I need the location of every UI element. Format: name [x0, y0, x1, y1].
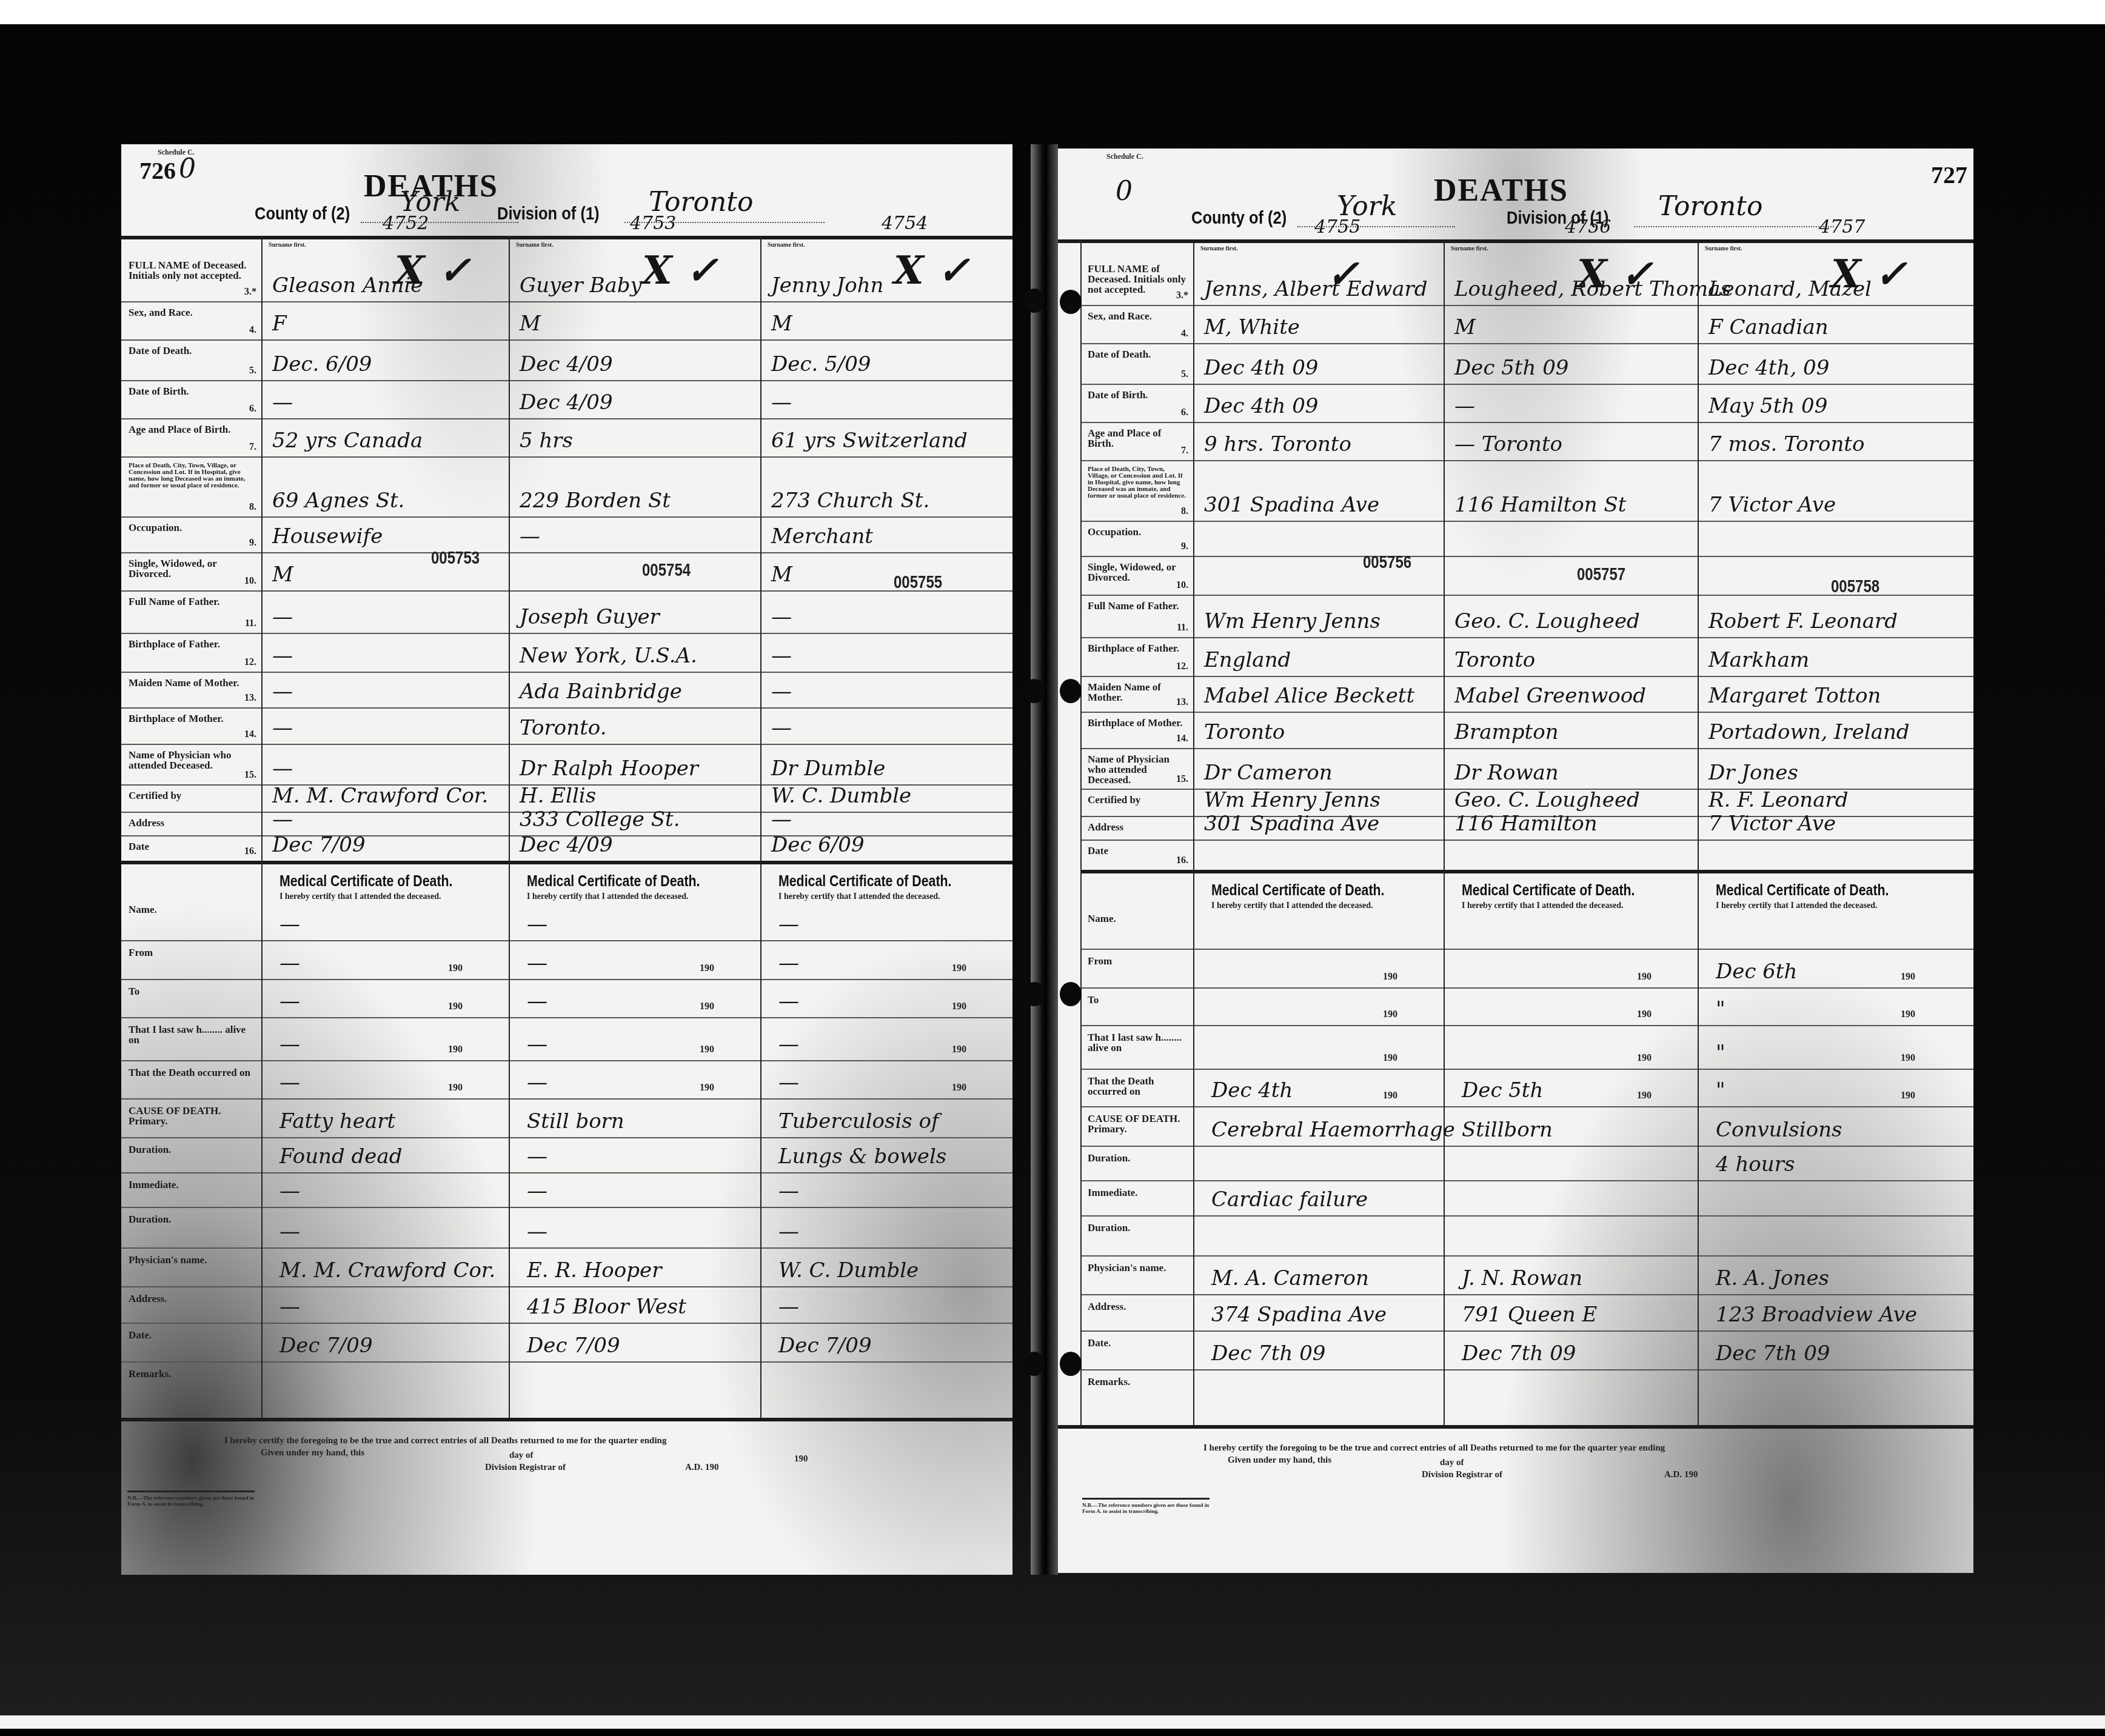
row-rule — [1080, 1180, 1973, 1181]
entry-mother: Mabel Greenwood — [1454, 684, 1646, 708]
medical-row-label: Name. — [1088, 913, 1187, 924]
medical-cause-primary: Still born — [527, 1109, 624, 1133]
entry-sex: M — [1454, 315, 1476, 339]
medical-med-name: — — [279, 912, 300, 936]
medical-row-label: Duration. — [1088, 1153, 1187, 1163]
row-number: 15. — [232, 770, 256, 781]
row-rule — [121, 672, 1012, 673]
row-label: FULL NAME of Deceased. Initials only not… — [129, 260, 255, 281]
medical-physician-name: W. C. Dumble — [778, 1258, 919, 1283]
entry-date-birth: — — [1454, 394, 1475, 418]
medical-physician-address: 374 Spadina Ave — [1211, 1303, 1387, 1327]
row-rule — [121, 861, 1012, 864]
year-prefix: 190 — [952, 1044, 966, 1055]
medical-physician-address: — — [778, 1295, 799, 1319]
row-rule — [121, 516, 1012, 518]
year-prefix: 190 — [448, 1001, 463, 1012]
row-number: 3.* — [232, 287, 256, 298]
entry-name: Leonard, Mazel — [1708, 277, 1872, 301]
page-number: 726 — [139, 156, 176, 185]
medical-med-death-on: " — [1716, 1078, 1725, 1103]
row-rule — [1080, 1255, 1973, 1257]
year-prefix: 190 — [1637, 1090, 1652, 1101]
medical-med-death-on: Dec 5th — [1462, 1078, 1543, 1103]
binding-hole — [1023, 289, 1045, 313]
entry-father: Wm Henry Jenns — [1204, 609, 1380, 633]
registration-number: 4755 — [1314, 216, 1360, 238]
medical-certificate-subtitle: I hereby certify that I attended the dec… — [1211, 901, 1373, 911]
medical-certificate-title: Medical Certificate of Death. — [1462, 881, 1635, 900]
medical-cause-primary: Cerebral Haemorrhage — [1211, 1118, 1401, 1142]
medical-physician-address: 123 Broadview Ave — [1716, 1303, 1917, 1327]
year-prefix: 190 — [952, 1001, 966, 1012]
footer-division-registrar: Division Registrar of — [1422, 1470, 1502, 1480]
header-rule — [1058, 239, 1973, 243]
row-rule — [121, 1172, 1012, 1173]
row-number: 12. — [1164, 661, 1188, 672]
medical-cause-primary: Tuberculosis of — [778, 1109, 939, 1133]
row-number: 16. — [232, 846, 256, 857]
row-rule — [1080, 987, 1973, 989]
surname-first-label: Surname first. — [1451, 245, 1488, 252]
entry-father-bp: Markham — [1708, 648, 1809, 672]
entry-sex: M, White — [1204, 315, 1300, 339]
medical-med-from: — — [527, 951, 547, 975]
entry-name: Guyer Baby — [520, 273, 642, 298]
entry-physician: Dr Ralph Hooper — [520, 756, 698, 781]
entry-date-birth: Dec 4th 09 — [1204, 394, 1319, 418]
medical-row-label: To — [1088, 995, 1187, 1005]
medical-cause-immediate: Cardiac failure — [1211, 1187, 1368, 1212]
medical-certificate-title: Medical Certificate of Death. — [1716, 881, 1889, 900]
entry-date-birth: — — [272, 390, 293, 415]
row-label: Address — [129, 818, 255, 828]
row-rule — [121, 339, 1012, 341]
row-number: 14. — [232, 729, 256, 740]
row-rule — [121, 1017, 1012, 1018]
medical-cause-immediate: — — [527, 1179, 547, 1203]
medical-physician-address: 415 Bloor West — [527, 1295, 686, 1319]
medical-med-death-on: — — [778, 1070, 799, 1095]
entry-address: 301 Spadina Ave — [1204, 812, 1379, 836]
row-rule — [121, 1207, 1012, 1208]
county-label: County of (2) — [255, 204, 350, 224]
right-page: 727Schedule C.0DEATHSCounty of (2)YorkDi… — [1058, 149, 1973, 1573]
footer-year: 190 — [794, 1454, 808, 1464]
medical-row-label: Address. — [1088, 1301, 1187, 1312]
entry-address: — — [272, 807, 293, 832]
year-prefix: 190 — [1383, 1009, 1397, 1020]
row-rule — [121, 979, 1012, 980]
entry-physician: Dr Dumble — [771, 756, 885, 781]
medical-row-label: Immediate. — [1088, 1187, 1187, 1198]
entry-occupation: Merchant — [771, 524, 873, 549]
row-rule — [1080, 556, 1973, 557]
entry-place-death: 229 Borden St — [520, 489, 671, 513]
row-rule — [121, 707, 1012, 709]
year-prefix: 190 — [1901, 1053, 1915, 1064]
year-prefix: 190 — [1637, 972, 1652, 983]
entry-date-death: Dec 4/09 — [520, 352, 613, 376]
row-rule — [121, 1323, 1012, 1324]
footer-day-of: day of — [509, 1451, 534, 1461]
medical-med-to: — — [527, 989, 547, 1013]
row-number: 8. — [1164, 506, 1188, 517]
registration-number: 4752 — [383, 213, 429, 234]
entry-physician: — — [272, 756, 293, 781]
row-number: 9. — [232, 538, 256, 549]
binding-hole — [1023, 982, 1045, 1006]
row-number: 15. — [1164, 774, 1188, 785]
row-label: Date of Birth. — [1088, 390, 1187, 400]
year-prefix: 190 — [952, 963, 966, 974]
entry-certified-by: R. F. Leonard — [1708, 788, 1848, 812]
row-rule — [121, 1418, 1012, 1421]
medical-med-last-saw: " — [1716, 1041, 1725, 1065]
column-rule — [1444, 239, 1445, 1425]
binding-hole — [1060, 982, 1082, 1006]
entry-mother: — — [771, 679, 792, 704]
year-prefix: 190 — [1637, 1009, 1652, 1020]
medical-row-label: Address. — [129, 1294, 255, 1304]
record-stamp-number: 005756 — [1363, 552, 1411, 573]
entry-mother: Margaret Totton — [1708, 684, 1881, 708]
medical-med-name: — — [778, 912, 799, 936]
row-rule — [1080, 1369, 1973, 1370]
row-rule — [1080, 305, 1973, 306]
medical-med-last-saw: — — [778, 1032, 799, 1057]
binding-hole — [1060, 679, 1082, 703]
medical-row-label: From — [129, 947, 255, 958]
row-rule — [121, 1098, 1012, 1100]
entry-date-death: Dec. 6/09 — [272, 352, 372, 376]
entry-sex: F Canadian — [1708, 315, 1829, 339]
binding-hole — [1060, 290, 1082, 314]
entry-age-birthplace: 5 hrs — [520, 429, 573, 453]
entry-father-bp: — — [771, 644, 792, 668]
registration-number: 4757 — [1819, 216, 1865, 238]
medical-row-label: That I last saw h........ alive on — [129, 1024, 255, 1045]
year-prefix: 190 — [952, 1083, 966, 1093]
year-prefix: 190 — [1637, 1053, 1652, 1064]
row-number: 5. — [1164, 369, 1188, 380]
year-prefix: 190 — [700, 1044, 714, 1055]
check-mark: X ✓ — [894, 248, 970, 293]
row-rule — [1080, 1069, 1973, 1070]
year-prefix: 190 — [448, 1083, 463, 1093]
row-rule — [121, 1286, 1012, 1287]
row-rule — [1080, 1294, 1973, 1295]
entry-address: — — [771, 807, 792, 832]
medical-certificate-title: Medical Certificate of Death. — [1211, 881, 1385, 900]
schedule-label: Schedule C. — [1106, 152, 1143, 161]
footer-reference-note: N.B.—The reference numbers given are tho… — [127, 1491, 255, 1507]
medical-cause-primary: Fatty heart — [279, 1109, 395, 1133]
medical-row-label: Duration. — [129, 1214, 255, 1224]
county-label: County of (2) — [1191, 208, 1287, 229]
row-rule — [1080, 422, 1973, 423]
row-rule — [1080, 1215, 1973, 1217]
row-rule — [121, 633, 1012, 634]
entry-father: — — [272, 605, 293, 629]
surname-first-label: Surname first. — [768, 242, 805, 249]
entry-date-birth: May 5th 09 — [1708, 394, 1827, 418]
surname-first-label: Surname first. — [1200, 245, 1238, 252]
row-rule — [1058, 1425, 1973, 1429]
entry-name: Lougheed, Robert Thomas — [1454, 277, 1696, 301]
medical-row-label: Remarks. — [129, 1369, 255, 1379]
row-number: 9. — [1164, 541, 1188, 552]
medical-physician-name: J. N. Rowan — [1462, 1266, 1582, 1290]
entry-date-death: Dec 4th, 09 — [1708, 356, 1829, 380]
row-label: Name of Physician who attended Deceased. — [129, 750, 255, 770]
register-title: DEATHS — [1434, 173, 1568, 209]
row-rule — [1080, 343, 1973, 344]
entry-date: Dec 6/09 — [771, 833, 865, 857]
column-rule — [261, 236, 263, 1418]
row-number: 7. — [1164, 446, 1188, 456]
entry-mother-bp: — — [771, 716, 792, 740]
entry-certified-by: Geo. C. Lougheed — [1454, 788, 1640, 812]
division-value: Toronto — [1658, 191, 1762, 222]
medical-med-date: Dec 7/09 — [279, 1334, 373, 1358]
row-rule — [121, 301, 1012, 302]
medical-certificate-subtitle: I hereby certify that I attended the dec… — [279, 892, 441, 902]
row-rule — [121, 1060, 1012, 1061]
medical-row-label: CAUSE OF DEATH. Primary. — [129, 1106, 255, 1126]
medical-row-label: Duration. — [129, 1144, 255, 1155]
row-rule — [121, 1247, 1012, 1249]
registration-number: 4753 — [630, 213, 676, 234]
medical-cause-duration: Found dead — [279, 1144, 403, 1169]
medical-row-label: Immediate. — [129, 1180, 255, 1190]
entry-address: 116 Hamilton — [1454, 812, 1598, 836]
entry-mother: Mabel Alice Beckett — [1204, 684, 1414, 708]
entry-occupation: — — [520, 524, 540, 549]
medical-row-label: That the Death occurred on — [1088, 1076, 1187, 1097]
row-label: Occupation. — [129, 522, 255, 533]
registration-number: 4756 — [1565, 216, 1611, 238]
footer-certification: I hereby certify the foregoing to be the… — [1203, 1443, 1665, 1454]
row-rule — [1080, 870, 1973, 873]
row-number: 16. — [1164, 855, 1188, 866]
medical-cause-immediate: — — [279, 1179, 300, 1203]
row-number: 4. — [232, 325, 256, 336]
entry-occupation: Housewife — [272, 524, 383, 549]
medical-med-death-on: Dec 4th — [1211, 1078, 1293, 1103]
scan-bottom-edge — [0, 1729, 2105, 1736]
row-label: Place of Death, City, Town, Village, or … — [1088, 466, 1187, 499]
row-rule — [121, 744, 1012, 745]
row-rule — [1080, 676, 1973, 677]
column-rule — [1193, 239, 1194, 1425]
page-border — [1080, 239, 1082, 1425]
medical-certificate-subtitle: I hereby certify that I attended the dec… — [1716, 901, 1877, 911]
row-number: 7. — [232, 442, 256, 453]
entry-age-birthplace: 9 hrs. Toronto — [1204, 432, 1351, 456]
entry-certified-by: M. M. Crawford Cor. — [272, 784, 488, 808]
binding-hole — [1023, 1352, 1045, 1376]
entry-father: Joseph Guyer — [520, 605, 660, 629]
row-rule — [121, 552, 1012, 553]
row-label: Birthplace of Father. — [1088, 643, 1187, 653]
footer-division-registrar: Division Registrar of — [485, 1463, 566, 1473]
medical-certificate-subtitle: I hereby certify that I attended the dec… — [778, 892, 940, 902]
medical-certificate-subtitle: I hereby certify that I attended the dec… — [527, 892, 688, 902]
medical-cause-duration: Lungs & bowels — [778, 1144, 946, 1169]
medical-med-from: — — [279, 951, 300, 975]
entry-mother-bp: Brampton — [1454, 720, 1559, 744]
row-label: Place of Death, City, Town, Village, or … — [129, 462, 255, 489]
medical-med-death-on: — — [279, 1070, 300, 1095]
column-rule — [1698, 239, 1699, 1425]
medical-med-death-on: — — [527, 1070, 547, 1095]
entry-address: 333 College St. — [520, 807, 680, 832]
medical-row-label: That I last saw h........ alive on — [1088, 1032, 1187, 1053]
entry-date-birth: Dec 4/09 — [520, 390, 613, 415]
surname-first-label: Surname first. — [516, 242, 554, 249]
medical-certificate-title: Medical Certificate of Death. — [279, 872, 453, 890]
entry-father-bp: Toronto — [1454, 648, 1535, 672]
row-label: Occupation. — [1088, 527, 1187, 537]
medical-physician-address: 791 Queen E — [1462, 1303, 1597, 1327]
entry-physician: Dr Rowan — [1454, 761, 1559, 785]
column-rule — [760, 236, 761, 1418]
entry-father: Geo. C. Lougheed — [1454, 609, 1640, 633]
row-rule — [121, 380, 1012, 381]
row-number: 6. — [1164, 407, 1188, 418]
medical-med-date: Dec 7th 09 — [1211, 1341, 1326, 1366]
year-prefix: 190 — [700, 1001, 714, 1012]
row-number: 10. — [1164, 580, 1188, 591]
year-prefix: 190 — [700, 963, 714, 974]
entry-father-bp: England — [1204, 648, 1291, 672]
row-number: 11. — [232, 618, 256, 629]
medical-physician-name: R. A. Jones — [1716, 1266, 1829, 1290]
record-stamp-number: 005755 — [894, 572, 942, 593]
entry-sex: M — [771, 312, 792, 336]
year-prefix: 190 — [1383, 1090, 1397, 1101]
medical-row-label: Remarks. — [1088, 1377, 1187, 1387]
footer-given-under-hand: Given under my hand, this — [261, 1448, 364, 1458]
medical-row-label: CAUSE OF DEATH. Primary. — [1088, 1113, 1187, 1134]
entry-father: Robert F. Leonard — [1708, 609, 1898, 633]
medical-row-label: Physician's name. — [129, 1255, 255, 1265]
entry-address: 7 Victor Ave — [1708, 812, 1836, 836]
entry-marital: M — [272, 563, 293, 587]
medical-cause-duration: — — [527, 1144, 547, 1169]
medical-med-date: Dec 7th 09 — [1716, 1341, 1830, 1366]
scan-bottom-margin — [0, 1715, 2105, 1729]
medical-med-date: Dec 7/09 — [778, 1334, 872, 1358]
entry-certified-by: W. C. Dumble — [771, 784, 911, 808]
entry-father-bp: — — [272, 644, 293, 668]
left-page: 726Schedule C.0DEATHSCounty of (2)YorkDi… — [121, 144, 1012, 1575]
entry-mother-bp: Toronto — [1204, 720, 1285, 744]
medical-cause-duration: 4 hours — [1716, 1152, 1795, 1177]
record-stamp-number: 005758 — [1831, 576, 1879, 597]
binding-hole — [1023, 679, 1045, 703]
check-mark: X ✓ — [642, 248, 718, 293]
entry-marital: M — [771, 563, 792, 587]
entry-certified-by: H. Ellis — [520, 784, 596, 808]
year-prefix: 190 — [1383, 972, 1397, 983]
medical-med-to: — — [279, 989, 300, 1013]
footer-certification: I hereby certify the foregoing to be the… — [224, 1436, 666, 1446]
medical-cause-immediate: — — [778, 1179, 799, 1203]
entry-date-birth: — — [771, 390, 792, 415]
medical-row-label: Date. — [1088, 1338, 1187, 1348]
row-rule — [1080, 521, 1973, 522]
row-label: Full Name of Father. — [1088, 601, 1187, 611]
row-number: 14. — [1164, 733, 1188, 744]
medical-row-label: Name. — [129, 904, 255, 915]
row-rule — [1080, 1106, 1973, 1107]
row-number: 4. — [1164, 329, 1188, 339]
row-label: Date of Death. — [129, 346, 255, 356]
medical-certificate-title: Medical Certificate of Death. — [527, 872, 700, 890]
medical-physician-name: M. M. Crawford Cor. — [279, 1258, 466, 1283]
entry-sex: M — [520, 312, 541, 336]
row-number: 13. — [1164, 697, 1188, 708]
row-number: 10. — [232, 576, 256, 587]
entry-mother-bp: Toronto. — [520, 716, 606, 740]
row-rule — [1080, 1025, 1973, 1026]
medical-row-label: That the Death occurred on — [129, 1067, 255, 1078]
row-rule — [1080, 712, 1973, 713]
row-label: Sex, and Race. — [129, 307, 255, 318]
row-label: Full Name of Father. — [129, 596, 255, 607]
medical-certificate-title: Medical Certificate of Death. — [778, 872, 952, 890]
row-label: Sex, and Race. — [1088, 311, 1187, 321]
row-label: Birthplace of Father. — [129, 639, 255, 649]
entry-mother-bp: — — [272, 716, 293, 740]
medical-row-label: Date. — [129, 1330, 255, 1340]
row-rule — [1080, 949, 1973, 950]
medical-cause-imm-duration: — — [778, 1220, 799, 1244]
entry-place-death: 69 Agnes St. — [272, 489, 404, 513]
page-number: 727 — [1931, 161, 1967, 189]
row-number: 8. — [232, 502, 256, 513]
medical-cause-imm-duration: — — [527, 1220, 547, 1244]
medical-certificate-subtitle: I hereby certify that I attended the dec… — [1462, 901, 1623, 911]
record-stamp-number: 005757 — [1577, 564, 1625, 585]
row-number: 13. — [232, 693, 256, 704]
medical-med-date: Dec 7th 09 — [1462, 1341, 1576, 1366]
medical-row-label: Physician's name. — [1088, 1263, 1187, 1273]
footer-given-under-hand: Given under my hand, this — [1228, 1455, 1331, 1466]
row-label: Date — [1088, 846, 1187, 856]
entry-place-death: 116 Hamilton St — [1454, 493, 1626, 517]
record-stamp-number: 005754 — [642, 560, 691, 581]
row-rule — [1080, 748, 1973, 749]
entry-date-death: Dec 4th 09 — [1204, 356, 1319, 380]
medical-med-name: — — [527, 912, 547, 936]
row-rule — [121, 1137, 1012, 1138]
medical-row-label: From — [1088, 956, 1187, 966]
row-number: 11. — [1164, 623, 1188, 633]
row-label: Birthplace of Mother. — [1088, 718, 1187, 728]
division-label: Division of (1) — [497, 204, 600, 224]
row-label: Single, Widowed, or Divorced. — [1088, 562, 1187, 583]
entry-sex: F — [272, 312, 287, 336]
medical-row-label: To — [129, 986, 255, 997]
entry-place-death: 7 Victor Ave — [1708, 493, 1836, 517]
medical-med-last-saw: — — [279, 1032, 300, 1057]
medical-cause-primary: Convulsions — [1716, 1118, 1842, 1142]
footer-reference-note: N.B.—The reference numbers given are tho… — [1082, 1498, 1210, 1514]
row-label: Date of Death. — [1088, 349, 1187, 359]
